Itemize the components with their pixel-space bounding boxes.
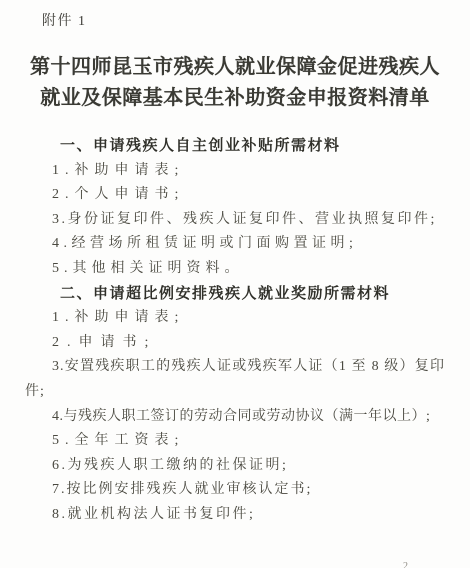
list-item: 3.安置残疾职工的残疾人证或残疾军人证（1 至 8 级）复印件; — [25, 355, 445, 404]
list-item: 5.其他相关证明资料。 — [25, 257, 445, 282]
page-number-fragment: 2 — [403, 562, 408, 568]
list-item: 1.补助申请表; — [25, 306, 445, 331]
section-2-heading: 二、申请超比例安排残疾人就业奖励所需材料 — [25, 282, 445, 307]
list-item: 6.为残疾人职工缴纳的社保证明; — [25, 454, 445, 479]
list-item: 2.个人申请书; — [25, 183, 445, 208]
list-item: 2.申请书; — [25, 331, 445, 356]
document-body: 一、申请残疾人自主创业补贴所需材料 1.补助申请表; 2.个人申请书; 3.身份… — [25, 134, 445, 528]
list-item: 7.按比例安排残疾人就业审核认定书; — [25, 478, 445, 503]
section-1-heading: 一、申请残疾人自主创业补贴所需材料 — [25, 134, 445, 159]
document-title: 第十四师昆玉市残疾人就业保障金促进残疾人就业及保障基本民生补助资金申报资料清单 — [29, 52, 441, 114]
list-item: 4.与残疾人职工签订的劳动合同或劳动协议（满一年以上）; — [25, 405, 445, 430]
list-item: 3.身份证复印件、残疾人证复印件、营业执照复印件; — [25, 208, 445, 233]
document-page: 附件 1 第十四师昆玉市残疾人就业保障金促进残疾人就业及保障基本民生补助资金申报… — [0, 0, 470, 568]
list-item: 8.就业机构法人证书复印件; — [25, 503, 445, 528]
list-item: 4.经营场所租赁证明或门面购置证明; — [25, 232, 445, 257]
section-over-ratio-employment-materials: 二、申请超比例安排残疾人就业奖励所需材料 1.补助申请表; 2.申请书; 3.安… — [25, 282, 445, 528]
attachment-label: 附件 1 — [42, 10, 87, 30]
list-item: 5.全年工资表; — [25, 429, 445, 454]
list-item: 1.补助申请表; — [25, 159, 445, 184]
section-self-employment-materials: 一、申请残疾人自主创业补贴所需材料 1.补助申请表; 2.个人申请书; 3.身份… — [25, 134, 445, 282]
